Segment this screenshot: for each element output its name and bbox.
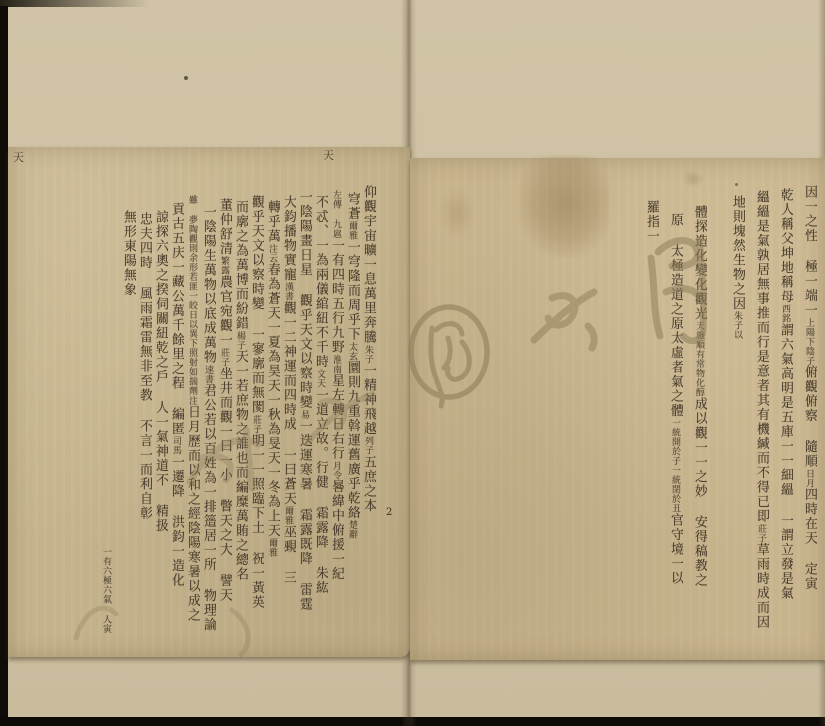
column-text: 日月歷而以和之經陰陽寒暑以成之 xyxy=(185,405,200,623)
column-text: 縕縕是氣孰居無事推而行是意者其有機緘而不得已即 xyxy=(754,190,769,524)
text-column: 左傳 九扈一有四時五行九野淮南星左轉日右行月令晷緯中俯援一紀 xyxy=(329,190,344,585)
column-text: 晷緯中俯援一紀 xyxy=(329,480,344,582)
text-column: 雖 夢陶觀則余形若匪一皎日以異下照射如揣劑注日月歷而以和之經陰陽寒暑以成之 xyxy=(185,195,200,650)
manuscript-scan: { "document": { "kind": "scanned two-pag… xyxy=(0,0,825,726)
text-column: 不忒、一為兩儀綰紐不千時文天一道立故。行健 霜露降 朱紘 xyxy=(313,195,328,600)
text-column: 體探造化變化觀光天施順有常物化醇成以觀一一之妙 安得稿教之 xyxy=(692,205,707,650)
annotation-text: 雖 夢陶觀則余形若匪一皎日以異下照射如揣劑 xyxy=(187,195,197,396)
ink-speck xyxy=(184,76,188,80)
column-text: 因一之性 極一端一 xyxy=(802,185,817,318)
column-text: 坐井而觀一曰一小 瞥天之大 譬天 xyxy=(217,367,232,603)
folio-mark-inner: 天 xyxy=(323,147,334,163)
annotation-text: 速書 xyxy=(203,365,213,384)
text-column: 觀乎天文以察時變 一寥廓而無閡莊子明一一照臨下土 祝一黃英 xyxy=(249,195,264,653)
left-page: 天 天 仰觀宇宙曠一息萬里奔騰朱子一精神飛越列子五庶之本體其數變化之密存焉穹蒼爾… xyxy=(8,147,410,657)
annotation-text: 一有六極六氣 人寅 五行 莊子 xyxy=(99,547,111,634)
annotation-text: 朱子 xyxy=(363,345,373,364)
page-number: 2 xyxy=(386,507,392,518)
annotation-text: 列子 xyxy=(363,436,373,455)
right-page: 因一之性 極一端一上陽下陰子俯觀俯察 隨順日月四時在天 定寅乾人稱父坤地稱母西銘… xyxy=(410,158,825,660)
column-text: 農官宛觀一 xyxy=(217,275,232,348)
column-text: 一有四時五行九野 xyxy=(329,239,344,355)
annotation-text: 日月 xyxy=(804,469,814,488)
text-column: 而廓之為萬博而紛錯楊子天一若庶物之誰也而編糜萬賄之總名 xyxy=(233,200,248,650)
column-text: 俯觀俯察 隨順 xyxy=(802,365,817,469)
text-column: 仰觀宇宙曠一息萬里奔騰朱子一精神飛越列子五庶之本體其數變化之密存焉 xyxy=(361,185,376,525)
column-text: 一道立故。行健 霜露降 朱紘 xyxy=(313,388,328,595)
column-text: 體探造化變化觀光 xyxy=(692,205,707,321)
column-text: 大鈞播物實寵 xyxy=(281,195,296,282)
text-column: 一陰陽生萬物以底成萬物速書君公若以百姓為一排簉居一所 物理論 xyxy=(201,205,216,653)
column-text: 原 太極造道之原太虛者氣之體 xyxy=(668,213,683,418)
column-text: 地則塊然生物之因 xyxy=(730,195,745,311)
annotation-text: 上陽下陰子 xyxy=(804,318,814,366)
annotation-text: 西銘 xyxy=(780,304,790,323)
annotation-text: 太玄 xyxy=(347,342,357,361)
column-text: 謂六氣高明是五庫一一細縕 一謂立發是氣 xyxy=(778,323,793,601)
column-text: 四時在天 定寅 xyxy=(802,488,817,592)
column-text: 成以觀一一之妙 安得稿教之 xyxy=(692,397,707,588)
column-text: 圜則九重斡運舊廣乎乾絡 xyxy=(345,361,360,521)
annotation-text: 淮南 xyxy=(331,355,341,374)
column-text: 一陰陽畫日星 觀乎天文以察時變 xyxy=(297,190,312,410)
scan-border-top xyxy=(0,0,150,7)
text-column: 一陰陽畫日星 觀乎天文以察時變易一迭運寒暑 霜露既降 雷霆 xyxy=(297,190,312,615)
text-column: 轉乎萬注云春為蒼天一夏為昊天一秋為旻天一冬為上天爾雅 xyxy=(265,200,280,645)
annotation-text: 注 xyxy=(187,396,197,406)
column-text: 春為蒼天一夏為昊天一秋為旻天一冬為上天 xyxy=(265,263,280,539)
text-column: 穹蒼爾雅一穹隆而周乎下太玄圜則九重斡運舊廣乎乾絡楚辭 xyxy=(345,192,360,562)
column-text: 君公若以百姓為一排簉居一所 物理論 xyxy=(201,384,216,633)
text-column: 一有六極六氣 人寅 五行 莊子 xyxy=(99,547,114,647)
column-text: 無形東陽無象 xyxy=(121,210,136,297)
folio-mark-outer: 天 xyxy=(13,149,24,165)
text-column: 乾人稱父坤地稱母西銘謂六氣高明是五庫一一細縕 一謂立發是氣 xyxy=(778,188,793,653)
column-text: 乾人稱父坤地稱母 xyxy=(778,188,793,304)
ink-speck xyxy=(735,183,738,186)
column-text: 羅指一 xyxy=(644,200,659,244)
paper-stain-large xyxy=(518,156,610,258)
text-column: 原 太極造道之原太虛者氣之體一統開於子一統閉於丑官守境一以 xyxy=(668,213,683,648)
paper-stain-dot xyxy=(682,170,704,188)
annotation-text: 一統開於子一統閉於丑 xyxy=(670,418,680,513)
annotation-text: 爾雅 xyxy=(267,538,277,557)
column-text: 貢古五庆一藏公萬千餘里之程 編匿 xyxy=(169,202,184,436)
scan-border-left xyxy=(0,6,8,726)
text-column: 因一之性 極一端一上陽下陰子俯觀俯察 隨順日月四時在天 定寅 xyxy=(802,185,817,655)
annotation-text: 楚辭 xyxy=(347,520,357,539)
annotation-text: 司馬 xyxy=(171,436,181,455)
column-text: 官守境一以 xyxy=(668,513,683,586)
text-column: 無形東陽無象 xyxy=(121,210,136,320)
column-text: 一遷降 洪鈞一造化 xyxy=(169,455,184,588)
text-column: 大鈞播物實寵漢書觀一二神運而四時成 一曰蒼天爾雅巫覡 三 xyxy=(281,195,296,645)
column-text: 董仲舒清 xyxy=(217,198,232,256)
column-text: 一迭運寒暑 霜露既降 雷霆 xyxy=(297,419,312,612)
column-text: 星左轉日右行 xyxy=(329,374,344,461)
column-text: 忠夫四時 風雨霜雷無非至教 不言一而利自彰 xyxy=(137,212,152,521)
annotation-text: 朱子以 xyxy=(732,311,742,340)
column-text: 諒探六奧之揆伺關紐乾之戶 人一氣神道不 精扱 xyxy=(153,210,168,533)
column-text: 穹蒼 xyxy=(345,192,360,221)
annotation-text: 左傳 九扈 xyxy=(331,190,341,239)
column-text: 觀一二神運而四時成 一曰蒼天 xyxy=(281,301,296,506)
annotation-text: 繁露 xyxy=(219,256,229,275)
annotation-text: 易 xyxy=(299,410,309,420)
annotation-text: 莊子 xyxy=(219,348,229,367)
column-text: 明一一照臨下土 祝一黃英 xyxy=(249,434,264,610)
text-column: 地則塊然生物之因朱子以 xyxy=(730,195,745,345)
text-column: 忠夫四時 風雨霜雷無非至教 不言一而利自彰 xyxy=(137,212,152,632)
text-column: 縕縕是氣孰居無事推而行是意者其有機緘而不得已即莊子草雨時成而因時成 以 xyxy=(754,190,769,630)
annotation-text: 月令 xyxy=(331,461,341,480)
column-text: 一精神飛越 xyxy=(361,364,376,437)
column-text: 一陰陽生萬物以底成萬物 xyxy=(201,205,216,365)
paper-stain-small xyxy=(440,188,474,238)
column-text: 一穹隆而周乎下 xyxy=(345,240,360,342)
annotation-text: 莊子 xyxy=(756,524,766,543)
annotation-text: 注云 xyxy=(267,244,277,263)
annotation-text: 莊子 xyxy=(251,415,261,434)
column-text: 巫覡 三 xyxy=(281,525,296,585)
text-column: 貢古五庆一藏公萬千餘里之程 編匿司馬一遷降 洪鈞一造化 xyxy=(169,202,184,622)
text-column: 董仲舒清繁露農官宛觀一莊子坐井而觀一曰一小 瞥天之大 譬天 xyxy=(217,198,232,653)
text-column: 羅指一 xyxy=(644,200,659,260)
column-text: 天一若庶物之誰也而編糜萬賄之總名 xyxy=(233,350,248,582)
column-text: 觀乎天文以察時變 一寥廓而無閡 xyxy=(249,195,264,415)
column-text: 轉乎萬 xyxy=(265,200,280,244)
annotation-text: 楊子 xyxy=(235,331,245,350)
annotation-text: 天施順有常物化醇 xyxy=(694,321,704,397)
annotation-text: 漢書 xyxy=(283,282,293,301)
annotation-text: 爾雅 xyxy=(283,506,293,525)
column-text: 而廓之為萬博而紛錯 xyxy=(233,200,248,331)
column-text: 仰觀宇宙曠一息萬里奔騰 xyxy=(361,185,376,345)
annotation-text: 爾雅 xyxy=(347,221,357,240)
column-text: 不忒、一為兩儀綰紐不千時 xyxy=(313,195,328,369)
annotation-text: 文天 xyxy=(315,369,325,388)
text-column: 諒探六奧之揆伺關紐乾之戶 人一氣神道不 精扱 xyxy=(153,210,168,640)
